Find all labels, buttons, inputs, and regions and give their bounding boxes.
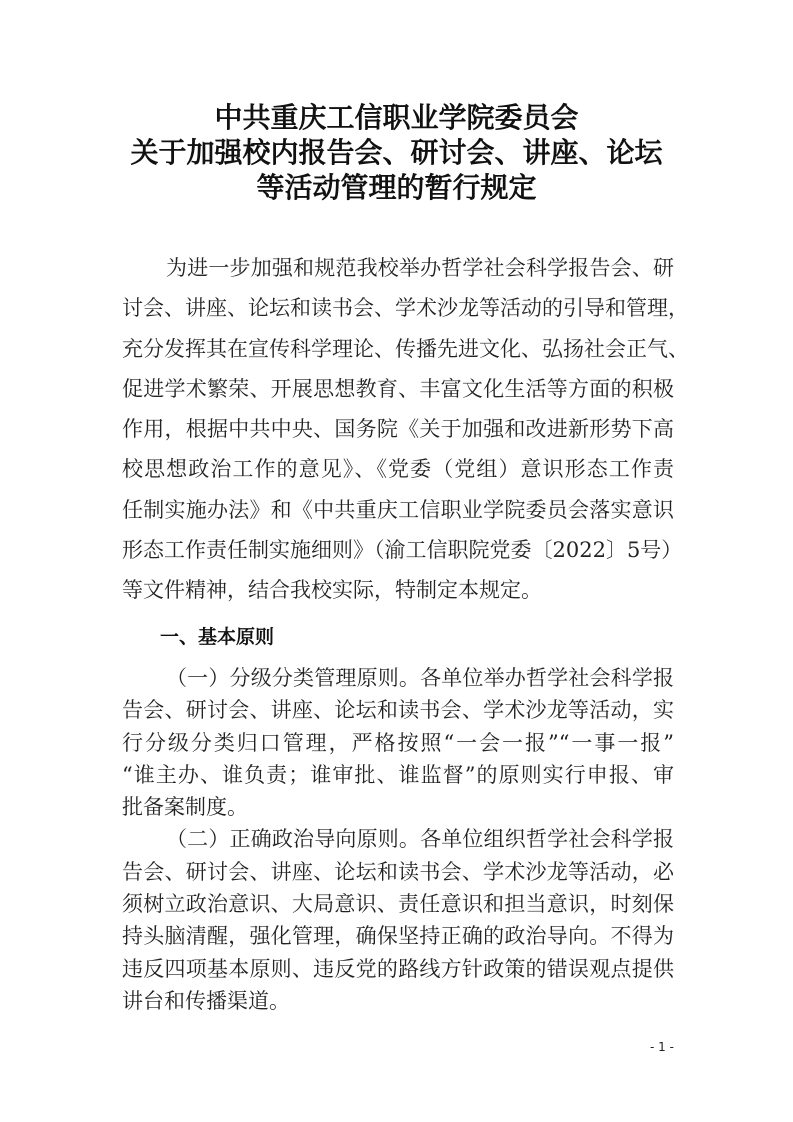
principle-1-line: 批备案制度。 (122, 791, 674, 823)
principle-2-line: 须树立政治意识、大局意识、责任意识和担当意识，时刻保 (122, 888, 674, 920)
intro-line: 等文件精神，结合我校实际，特制定本规定。 (122, 570, 674, 610)
intro-line: 为进一步加强和规范我校举办哲学社会科学报告会、研 (122, 248, 674, 288)
principle-1-line: （一）分级分类管理原则。各单位举办哲学社会科学报 (122, 662, 674, 694)
intro-line: 形态工作责任制实施细则》（渝工信职院党委〔2022〕5号） (122, 530, 674, 570)
page-number: - 1 - (650, 1040, 674, 1054)
principle-2-line: 讲台和传播渠道。 (122, 985, 674, 1017)
intro-line: 充分发挥其在宣传科学理论、传播先进文化、弘扬社会正气、 (122, 329, 674, 369)
section-heading-basic-principles: 一、基本原则 (160, 622, 274, 652)
principle-1-line: 行分级分类归口管理，严格按照“一会一报”“一事一报” (122, 727, 674, 759)
title-line-3: 等活动管理的暂行规定 (100, 170, 693, 205)
principle-2-line: 违反四项基本原则、违反党的路线方针政策的错误观点提供 (122, 953, 674, 985)
principle-2-line: （二）正确政治导向原则。各单位组织哲学社会科学报 (122, 823, 674, 855)
document-title: 中共重庆工信职业学院委员会 关于加强校内报告会、研讨会、讲座、论坛 等活动管理的… (100, 100, 693, 205)
title-line-2: 关于加强校内报告会、研讨会、讲座、论坛 (100, 135, 693, 170)
section-1-body: （一）分级分类管理原则。各单位举办哲学社会科学报 告会、研讨会、讲座、论坛和读书… (122, 662, 674, 1017)
intro-line: 促进学术繁荣、开展思想教育、丰富文化生活等方面的积极 (122, 369, 674, 409)
intro-line: 作用，根据中共中央、国务院《关于加强和改进新形势下高 (122, 409, 674, 449)
principle-2-line: 告会、研讨会、讲座、论坛和读书会、学术沙龙等活动，必 (122, 856, 674, 888)
principle-2-line: 持头脑清醒，强化管理，确保坚持正确的政治导向。不得为 (122, 920, 674, 952)
intro-line: 任制实施办法》和《中共重庆工信职业学院委员会落实意识 (122, 490, 674, 530)
intro-line: 讨会、讲座、论坛和读书会、学术沙龙等活动的引导和管理， (122, 288, 674, 328)
document-page: 中共重庆工信职业学院委员会 关于加强校内报告会、研讨会、讲座、论坛 等活动管理的… (0, 0, 793, 1122)
principle-1-line: 告会、研讨会、讲座、论坛和读书会、学术沙龙等活动，实 (122, 694, 674, 726)
intro-line: 校思想政治工作的意见》、《党委（党组）意识形态工作责 (122, 449, 674, 489)
intro-paragraph: 为进一步加强和规范我校举办哲学社会科学报告会、研 讨会、讲座、论坛和读书会、学术… (122, 248, 674, 611)
principle-1-line: “谁主办、谁负责；谁审批、谁监督”的原则实行申报、审 (122, 759, 674, 791)
title-line-1: 中共重庆工信职业学院委员会 (100, 100, 693, 135)
